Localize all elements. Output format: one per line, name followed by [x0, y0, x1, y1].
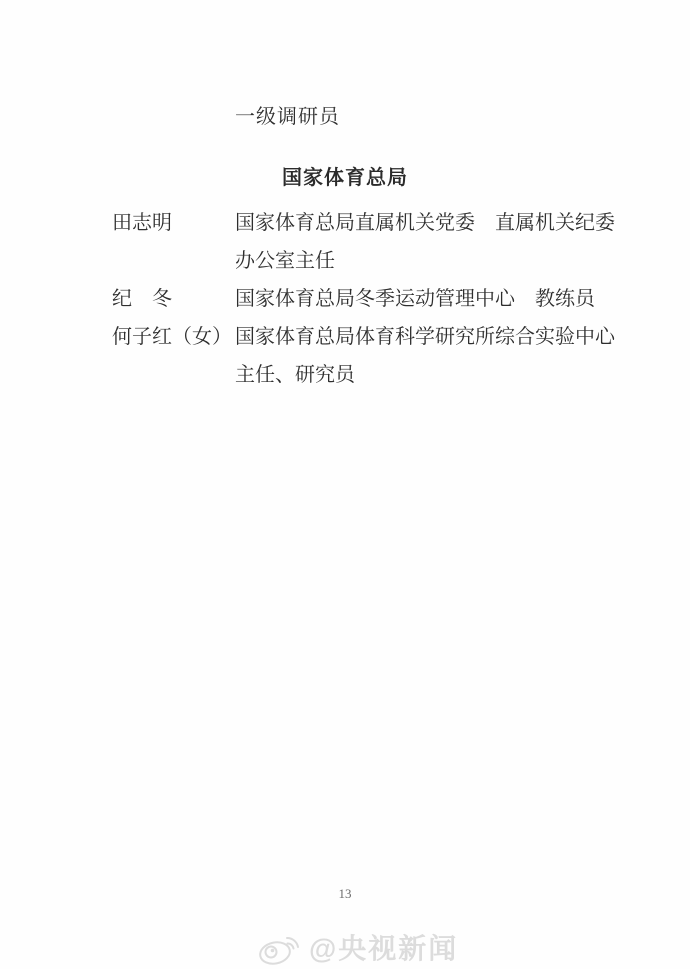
list-item: 纪 冬 国家体育总局冬季运动管理中心 教练员: [112, 280, 632, 318]
position-line: 国家体育总局冬季运动管理中心 教练员: [235, 280, 625, 318]
position-line: 办公室主任: [235, 242, 625, 280]
person-position: 国家体育总局体育科学研究所综合实验中心 主任、研究员: [235, 318, 625, 394]
person-name: 何子红（女）: [112, 318, 235, 356]
page-number: 13: [0, 886, 690, 902]
person-position: 国家体育总局直属机关党委 直属机关纪委 办公室主任: [235, 204, 625, 280]
weibo-icon: [256, 926, 302, 968]
document-page: 一级调研员 国家体育总局 田志明 国家体育总局直属机关党委 直属机关纪委 办公室…: [0, 0, 690, 969]
position-line: 国家体育总局体育科学研究所综合实验中心: [235, 318, 625, 356]
position-line: 国家体育总局直属机关党委 直属机关纪委: [235, 204, 625, 242]
watermark: @央视新闻: [256, 926, 458, 968]
person-name: 田志明: [112, 204, 235, 242]
continuation-text: 一级调研员: [235, 100, 340, 129]
list-item: 田志明 国家体育总局直属机关党委 直属机关纪委 办公室主任: [112, 204, 632, 280]
person-name: 纪 冬: [112, 280, 235, 318]
list-item: 何子红（女） 国家体育总局体育科学研究所综合实验中心 主任、研究员: [112, 318, 632, 394]
person-position: 国家体育总局冬季运动管理中心 教练员: [235, 280, 625, 318]
section-title: 国家体育总局: [0, 161, 690, 190]
appointment-list: 田志明 国家体育总局直属机关党委 直属机关纪委 办公室主任 纪 冬 国家体育总局…: [112, 204, 632, 394]
watermark-text: @央视新闻: [309, 927, 458, 967]
position-line: 主任、研究员: [235, 356, 625, 394]
